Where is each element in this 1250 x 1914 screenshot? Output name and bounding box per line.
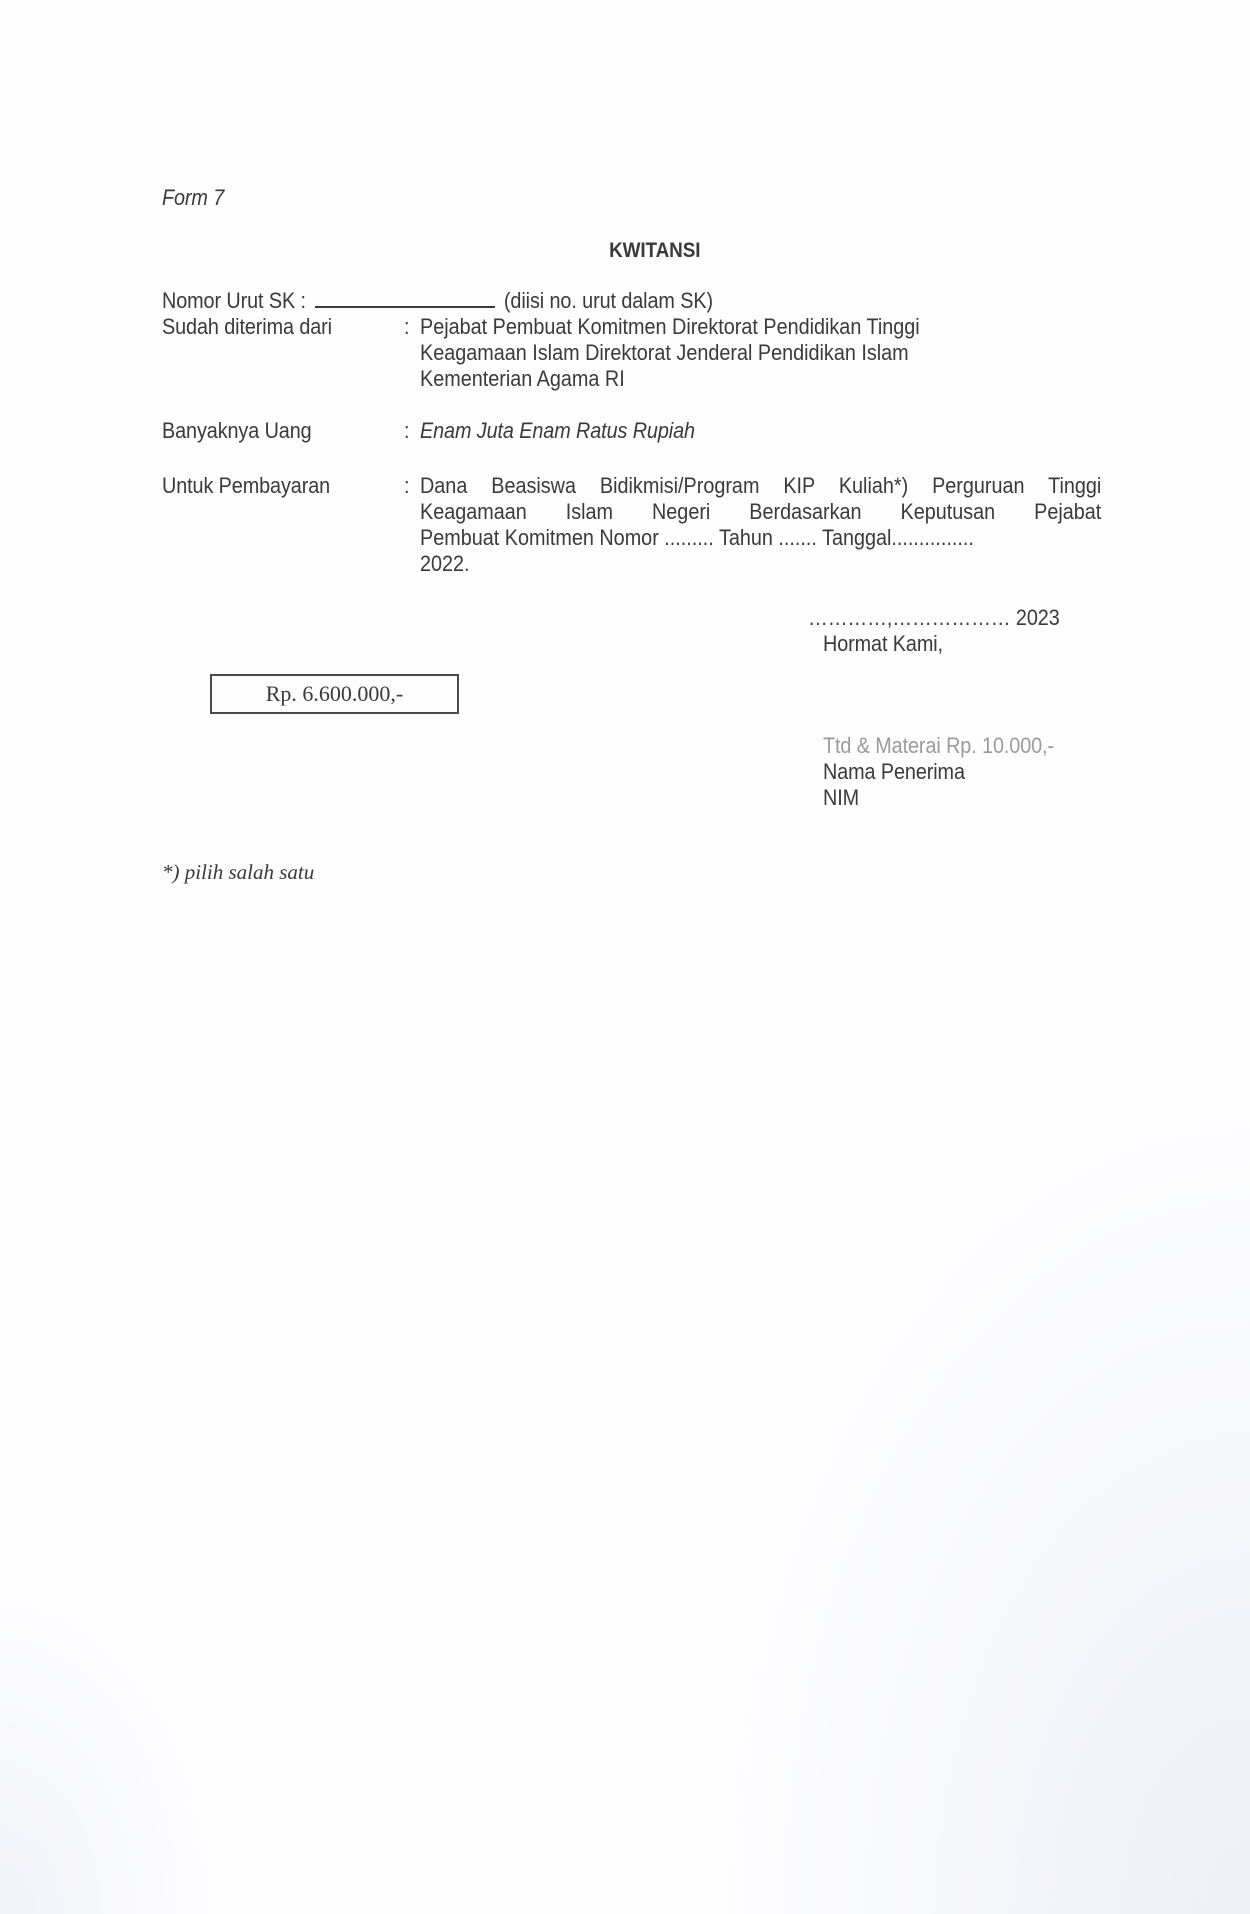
form-label: Form 7 xyxy=(162,185,224,211)
nomor-urut-hint: (diisi no. urut dalam SK) xyxy=(504,288,713,313)
greeting: Hormat Kami, xyxy=(823,631,943,657)
pembayaran-line: Dana Beasiswa Bidikmisi/Program KIP Kuli… xyxy=(420,473,1101,499)
footnote: *) pilih salah satu xyxy=(162,860,314,885)
untuk-pembayaran-colon: : xyxy=(404,473,409,499)
place-date: …………,……………… 2023 xyxy=(808,605,1060,631)
stamp-note: Ttd & Materai Rp. 10.000,- xyxy=(823,733,1054,759)
amount-box: Rp. 6.600.000,- xyxy=(210,674,459,714)
document-title: KWITANSI xyxy=(0,238,1250,264)
recipient-name: Nama Penerima xyxy=(823,759,965,785)
title-text: KWITANSI xyxy=(609,238,700,264)
nomor-urut-label: Nomor Urut SK : xyxy=(162,288,306,313)
pembayaran-line: Pembuat Komitmen Nomor ......... Tahun .… xyxy=(420,525,1101,551)
diterima-line: Keagamaan Islam Direktorat Jenderal Pend… xyxy=(420,340,1101,366)
nomor-urut-field[interactable] xyxy=(315,288,495,308)
nomor-urut-row: Nomor Urut SK : (diisi no. urut dalam SK… xyxy=(162,288,713,314)
diterima-label: Sudah diterima dari xyxy=(162,314,332,340)
banyak-uang-label: Banyaknya Uang xyxy=(162,418,312,444)
diterima-line: Kementerian Agama RI xyxy=(420,366,1101,392)
diterima-value: Pejabat Pembuat Komitmen Direktorat Pend… xyxy=(420,314,1101,392)
untuk-pembayaran-value: Dana Beasiswa Bidikmisi/Program KIP Kuli… xyxy=(420,473,1101,577)
pembayaran-line: 2022. xyxy=(420,551,1101,577)
banyak-uang-value: Enam Juta Enam Ratus Rupiah xyxy=(420,418,695,444)
amount-value: Rp. 6.600.000,- xyxy=(266,681,404,707)
untuk-pembayaran-label: Untuk Pembayaran xyxy=(162,473,330,499)
diterima-line: Pejabat Pembuat Komitmen Direktorat Pend… xyxy=(420,314,1101,340)
recipient-id-label: NIM xyxy=(823,785,859,811)
diterima-colon: : xyxy=(404,314,409,340)
banyak-uang-colon: : xyxy=(404,418,409,444)
pembayaran-line: Keagamaan Islam Negeri Berdasarkan Keput… xyxy=(420,499,1101,525)
